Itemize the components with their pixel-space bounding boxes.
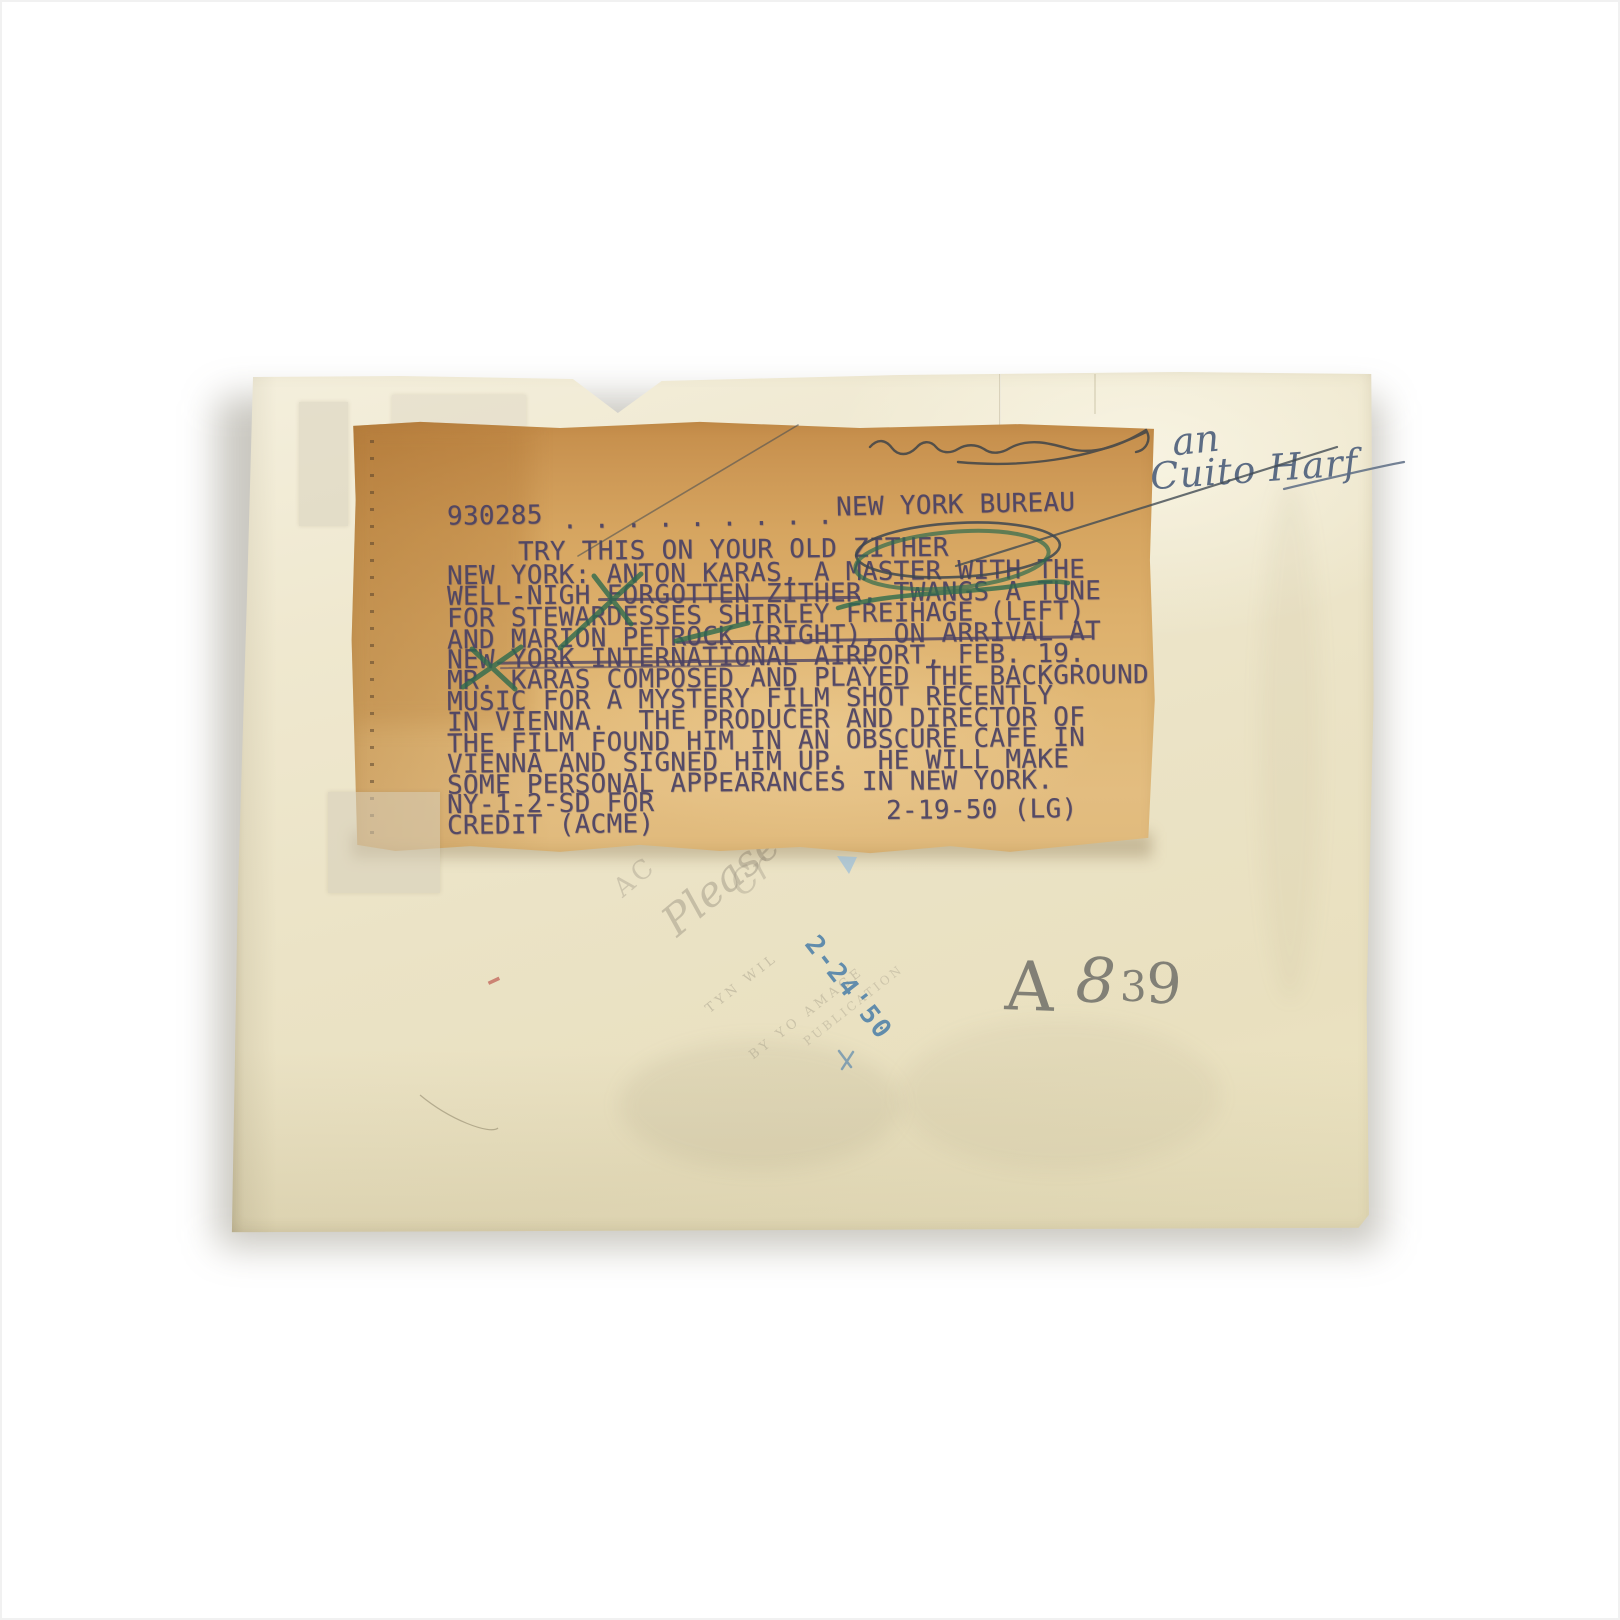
date-code: 2-19-50 (LG) [886,796,1078,824]
dotted-leader: . . . . . . . . . [562,503,834,534]
pencil-number-digit: 9 [1145,951,1183,1017]
agency-line: CREDIT (ACME) [447,811,655,839]
tape-piece-bottom-left [328,792,440,893]
bureau-line: NEW YORK BUREAU [836,489,1076,520]
pencil-number-letter: A [1004,947,1056,1028]
press-photo-back-scan: Please AC Cr TYN WIL BY YO AMAGE PUBLICA… [0,0,1620,1620]
photo-number: 930285 [447,502,543,529]
typed-caption: 930285 . . . . . . . . . NEW YORK BUREAU… [0,0,1620,1620]
pencil-number-digit: 3 [1120,962,1148,1011]
pencil-number-digit: 8 [1074,943,1117,1018]
